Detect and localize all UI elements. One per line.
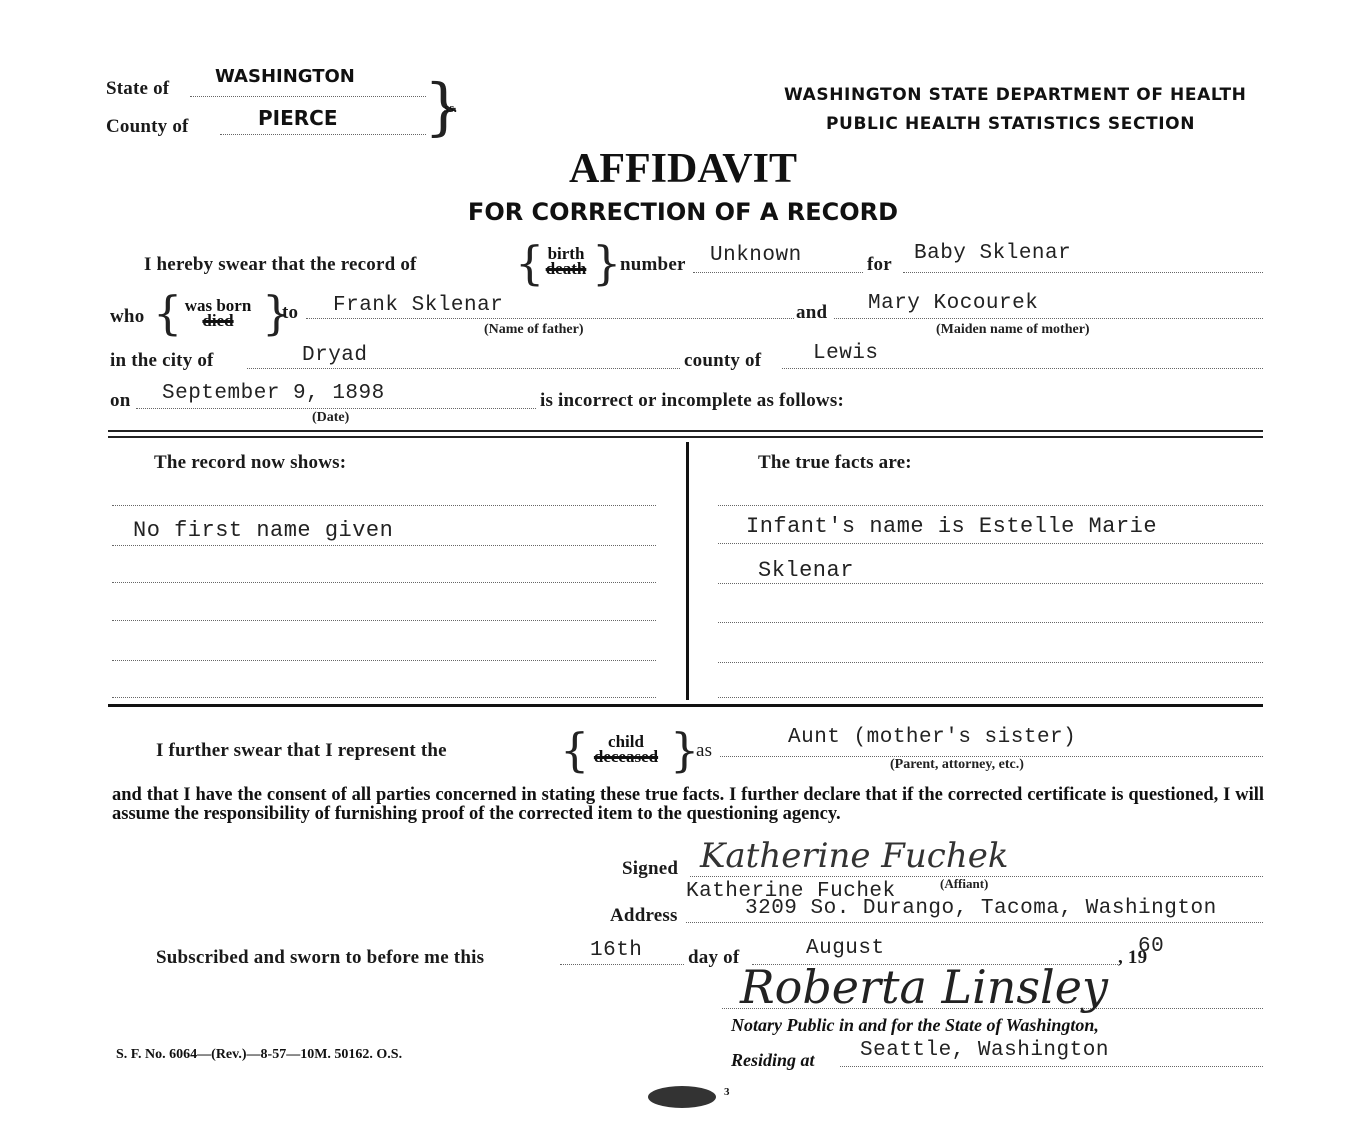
as-caption: (Parent, attorney, etc.) (890, 757, 1024, 773)
date-value[interactable]: September 9, 1898 (162, 382, 385, 405)
for-label: for (867, 254, 892, 276)
county-of-line (782, 368, 1263, 369)
mother-caption: (Maiden name of mother) (936, 322, 1090, 338)
page-title: AFFIDAVIT (0, 145, 1357, 193)
father-caption: (Name of father) (484, 322, 584, 338)
represent-option-deceased[interactable]: deceased (576, 749, 676, 764)
day-of-label: day of (688, 947, 739, 969)
address-label: Address (610, 905, 678, 927)
and-label: and (796, 302, 827, 324)
signed-label: Signed (622, 858, 678, 880)
notary-signature[interactable]: Roberta Linsley (740, 960, 1108, 1014)
father-name-value[interactable]: Frank Sklenar (333, 294, 503, 317)
right-line-2 (718, 543, 1263, 544)
divider-top-1 (108, 430, 1263, 432)
residing-line (840, 1066, 1263, 1067)
left-line-6 (112, 697, 656, 698)
county-of-value[interactable]: Lewis (813, 342, 879, 365)
city-label: in the city of (110, 350, 214, 372)
divider-bottom (108, 704, 1263, 707)
as-label: as (696, 740, 712, 762)
brace-right: } (670, 727, 699, 773)
consent-paragraph: and that I have the consent of all parti… (112, 786, 1264, 824)
divider-top-2 (108, 436, 1263, 438)
mother-name-value[interactable]: Mary Kocourek (868, 292, 1038, 315)
true-facts-line-2[interactable]: Sklenar (758, 558, 854, 583)
date-caption: (Date) (312, 410, 349, 426)
county-value[interactable]: PIERCE (258, 106, 338, 130)
residing-value[interactable]: Seattle, Washington (860, 1039, 1109, 1062)
address-value[interactable]: 3209 So. Durango, Tacoma, Washington (745, 897, 1217, 920)
true-facts-line-1[interactable]: Infant's name is Estelle Marie (746, 514, 1157, 539)
subscribed-text: Subscribed and sworn to before me this (156, 947, 484, 969)
union-bug-number: 3 (724, 1086, 730, 1098)
record-type-selector: birth death (534, 246, 598, 276)
year-value[interactable]: 60 (1138, 935, 1164, 958)
born-option-died[interactable]: died (168, 313, 268, 328)
incorrect-text: is incorrect or incomplete as follows: (540, 390, 844, 412)
record-number-value[interactable]: Unknown (710, 244, 802, 267)
number-line (693, 272, 863, 273)
residing-label: Residing at (731, 1050, 815, 1071)
state-value[interactable]: WASHINGTON (215, 66, 355, 87)
right-line-3 (718, 583, 1263, 584)
right-line-1 (718, 505, 1263, 506)
left-line-1 (112, 505, 656, 506)
brace-right: } (592, 240, 621, 286)
born-selector: was born died (168, 298, 268, 328)
intro-text: I hereby swear that the record of (144, 254, 417, 276)
left-line-2 (112, 545, 656, 546)
state-line (190, 96, 426, 97)
city-line (247, 368, 680, 369)
who-label: who (110, 306, 144, 328)
county-of-label: county of (684, 350, 761, 372)
on-label: on (110, 390, 130, 412)
right-line-5 (718, 662, 1263, 663)
county-label: County of (106, 116, 189, 138)
address-line (686, 922, 1263, 923)
record-type-death[interactable]: death (534, 261, 598, 276)
number-label: number (620, 254, 686, 276)
left-line-4 (112, 620, 656, 621)
notary-caption: Notary Public in and for the State of Wa… (731, 1015, 1099, 1036)
left-line-5 (112, 660, 656, 661)
form-number: S. F. No. 6064—(Rev.)—8-57—10M. 50162. O… (116, 1047, 402, 1063)
city-value[interactable]: Dryad (302, 344, 368, 367)
section-name: PUBLIC HEALTH STATISTICS SECTION (826, 114, 1195, 134)
ss-label: ss. (444, 100, 457, 116)
right-line-6 (718, 697, 1263, 698)
affiant-caption: (Affiant) (940, 876, 988, 892)
department-name: WASHINGTON STATE DEPARTMENT OF HEALTH (784, 85, 1247, 105)
county-line (220, 134, 426, 135)
to-label: to (282, 302, 298, 324)
day-line (560, 964, 684, 965)
column-divider (686, 442, 689, 700)
day-value[interactable]: 16th (590, 939, 642, 962)
father-line (306, 318, 794, 319)
as-value[interactable]: Aunt (mother's sister) (788, 726, 1076, 749)
page-subtitle: FOR CORRECTION OF A RECORD (0, 198, 1357, 226)
union-bug-icon (648, 1086, 716, 1108)
state-label: State of (106, 78, 169, 100)
right-heading: The true facts are: (758, 452, 912, 474)
right-line-4 (718, 622, 1263, 623)
represent-selector: child deceased (576, 734, 676, 764)
month-value[interactable]: August (806, 937, 885, 960)
for-line (903, 272, 1263, 273)
mother-line (834, 318, 1263, 319)
left-heading: The record now shows: (154, 452, 346, 474)
represent-text: I further swear that I represent the (156, 740, 447, 762)
left-line-3 (112, 582, 656, 583)
record-shows-line-1[interactable]: No first name given (133, 518, 393, 543)
date-line (136, 408, 536, 409)
affiant-signature[interactable]: Katherine Fuchek (700, 836, 1008, 876)
for-value[interactable]: Baby Sklenar (914, 242, 1071, 265)
